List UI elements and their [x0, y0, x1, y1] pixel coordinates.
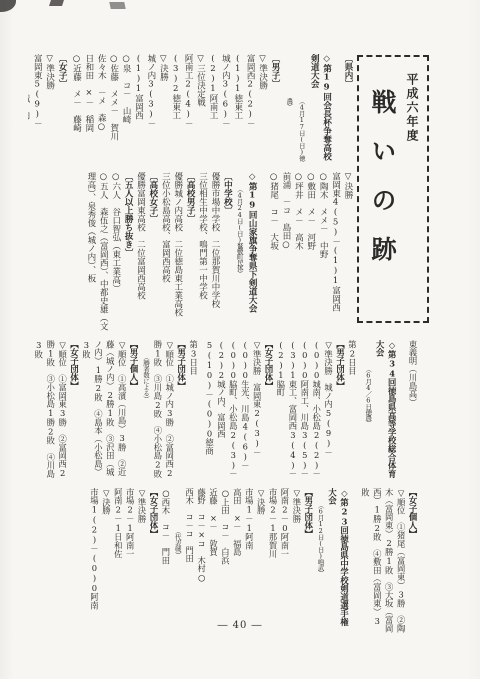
text-column: 近藤 ×－ 敦賀	[207, 488, 219, 634]
text-column: 西木 コ－コ 門田	[183, 488, 195, 634]
scan-artifact	[49, 0, 64, 6]
text-column: ▽準決勝 城ノ内5(9)－(0)0城南、小松島2(2)－(0)0阿南工、川島3(…	[274, 340, 334, 482]
results-band-4: 【女子個人】▽順位 ①猪尾（富岡東）3勝 ②陶木（富岡東）2勝1敗 ③大坂（富岡…	[28, 488, 418, 634]
text-column: ◇第23回徳島県中学校剣道選手権大会	[326, 488, 350, 634]
page-number: ― 40 ―	[0, 620, 480, 631]
text-column: 城ノ内3(6)－(2)1阿南工	[207, 54, 232, 166]
text-column: 優勝市場中学校 二位那賀川中学校	[209, 172, 221, 331]
text-column: 優勝城ノ内高校 二位徳島東工業高校	[171, 172, 183, 331]
text-column: ○上田 コ－ 白浜	[219, 488, 231, 634]
text-column: 〔県内〕	[342, 54, 354, 166]
text-column: ▽決勝	[254, 488, 266, 634]
text-column: 市場1(2)－(0)0阿南	[88, 488, 100, 634]
text-column: ▽三位決定戦	[194, 54, 206, 166]
text-column: （6月4／6日徳農）	[361, 340, 373, 482]
text-column: ◇第34回徳島県高等学校総合体育大会	[373, 340, 397, 482]
text-column: ▽決勝	[157, 54, 169, 166]
text-column: 富岡西2(2)－(1)1徳東工	[231, 54, 256, 166]
text-column: ○近藤 メ－ 藤崎	[70, 54, 82, 166]
text-column: 富岡東5(9)－(0)0城ノ内	[28, 54, 43, 166]
text-column: ○猪尾 コ－ 大坂	[267, 172, 279, 331]
text-column: ○泉 コ－ 山崎	[120, 54, 132, 166]
text-column: 日和田 ×－ 稲岡	[82, 54, 94, 166]
text-column: 〔高校女子〕	[147, 172, 159, 331]
era-label: 平成六年度	[399, 61, 425, 317]
text-column: 優勝富岡東高校 二位富岡西高校	[134, 172, 146, 331]
text-column: 【女子団体】	[68, 340, 80, 482]
text-column: （6月12日(日)鳴武）	[314, 488, 326, 634]
text-column: 城ノ内3(3)－(1)1富岡西	[132, 54, 157, 166]
text-column: ▽決勝	[99, 488, 111, 634]
text-column: 第3日目	[187, 340, 199, 482]
text-column: ▽準決勝	[290, 488, 302, 634]
text-column: ▽順位 ①猪尾（富岡東）3勝 ②陶木（富岡東）2勝1敗 ③大坂（富岡西）1勝2敗…	[358, 488, 406, 634]
text-column: ▽順位 ①高濱（川島）3勝 ②近藤（城ノ内）2勝1敗 ③沢田（城ノ内）1勝2敗 …	[80, 340, 128, 482]
text-column: ▽準決勝	[43, 54, 55, 166]
text-column: 〔五人以上勝ち抜き〕	[122, 172, 134, 331]
text-column: 三位小松島高校、富岡西高校	[159, 172, 171, 331]
text-column: 前浦 －コ 島田○	[280, 172, 292, 331]
text-column: ○佐藤 メメ－ 賀川	[107, 54, 119, 166]
text-column: 市場2－1那賀川	[266, 488, 278, 634]
text-column: ▽順位 ①城ノ内3勝 ②富岡西2勝1敗 ③川島2敗 ④小松島2敗	[151, 340, 175, 482]
text-column: 藤野 コ－×コ 木村○	[195, 488, 207, 634]
text-column: 〔高校男子〕	[184, 172, 196, 331]
text-column: 高田 ×－ 福島	[230, 488, 242, 634]
text-column: 【男子団体】	[175, 340, 187, 482]
text-column: （勝者数による）	[139, 340, 151, 482]
text-column: ▽準決勝	[256, 54, 268, 166]
results-band-3: 東義明（川島高）◇第34回徳島県高等学校総合体育大会（6月4／6日徳農）第2日目…	[28, 340, 418, 482]
results-band-2: ▽決勝富岡東4(5)－(1)1富岡西○陶木 メメ－ 中野○敷田 メ－ 河野○坪井…	[28, 172, 354, 331]
text-column: 東義明（川島高）	[406, 340, 418, 482]
text-column: ○五人 森伍之（富岡西）、中都史雄（文理高）、泉秀俊（城ノ内）、板	[84, 172, 109, 331]
text-column: ○西木 コ－ 門田	[159, 488, 171, 634]
results-band-1: 〔県内〕◇第19回会長杯争奪高校剣道大会（4月17日(日)徳農）〔男子〕▽準決勝…	[28, 54, 354, 166]
text-column: ○敷田 メ－ 河野	[304, 172, 316, 331]
text-column: 富岡東4(5)－(1)1富岡西	[329, 172, 341, 331]
text-column: ▽準決勝 富岡東2(3)－(0)0生光、川島4(6)－(0)0脇町、小松島2(3…	[203, 340, 263, 482]
text-column: 第2日目	[345, 340, 357, 482]
text-column: （代表戦）	[171, 488, 183, 634]
text-column: 阿南2－1日和佐	[111, 488, 123, 634]
scan-artifact	[0, 0, 16, 12]
text-column: 阿南工2(4)－(3)2徳東工	[169, 54, 194, 166]
text-column: 市場1－1阿南	[242, 488, 254, 634]
text-column: ▽順位 ①富岡東3勝 ②富岡西2勝1敗 ③小松島1勝2敗 ④川島3敗	[32, 340, 68, 482]
scanned-page: 平成六年度 戦いの跡 〔県内〕◇第19回会長杯争奪高校剣道大会（4月17日(日)…	[0, 0, 480, 679]
text-column: ▽決勝	[342, 172, 354, 331]
text-column: 阿南2－0阿南一	[278, 488, 290, 634]
text-column: ○六人 谷口智弘（東工業高）	[109, 172, 121, 331]
text-column: ◇第19回山家旗争奪県下剣道大会	[246, 172, 258, 331]
page-title: 戦いの跡	[365, 61, 399, 317]
text-column: 【男子団体】	[302, 488, 314, 634]
text-column: （4月24日(日)鷲敷町民体）	[233, 172, 245, 331]
text-column: ▽準決勝	[135, 488, 147, 634]
text-column: 【男子団体】	[334, 340, 346, 482]
text-column: 〔中学校〕	[221, 172, 233, 331]
text-column: 【男子個人】	[127, 340, 139, 482]
text-column: 佐々木 －メ 森○	[95, 54, 107, 166]
text-column: 【女子団体】	[262, 340, 274, 482]
text-column: 【女子団体】	[147, 488, 159, 634]
text-column: ◇第19回会長杯争奪高校剣道大会	[308, 54, 333, 166]
title-box: 平成六年度 戦いの跡	[357, 55, 429, 323]
text-column: 三位相生中学校、鳴門第一中学校	[196, 172, 208, 331]
text-column: 〔男子〕	[269, 54, 281, 166]
text-column: 〔女子〕	[56, 54, 68, 166]
text-column: ○坪井 メ－ 高木	[292, 172, 304, 331]
text-column: ○陶木 メメ－ 中野	[317, 172, 329, 331]
scan-artifact	[109, 2, 125, 9]
text-column: 【女子個人】	[406, 488, 418, 634]
text-column: （4月17日(日)徳農）	[283, 54, 308, 166]
text-column: 市場2－1阿南一	[123, 488, 135, 634]
